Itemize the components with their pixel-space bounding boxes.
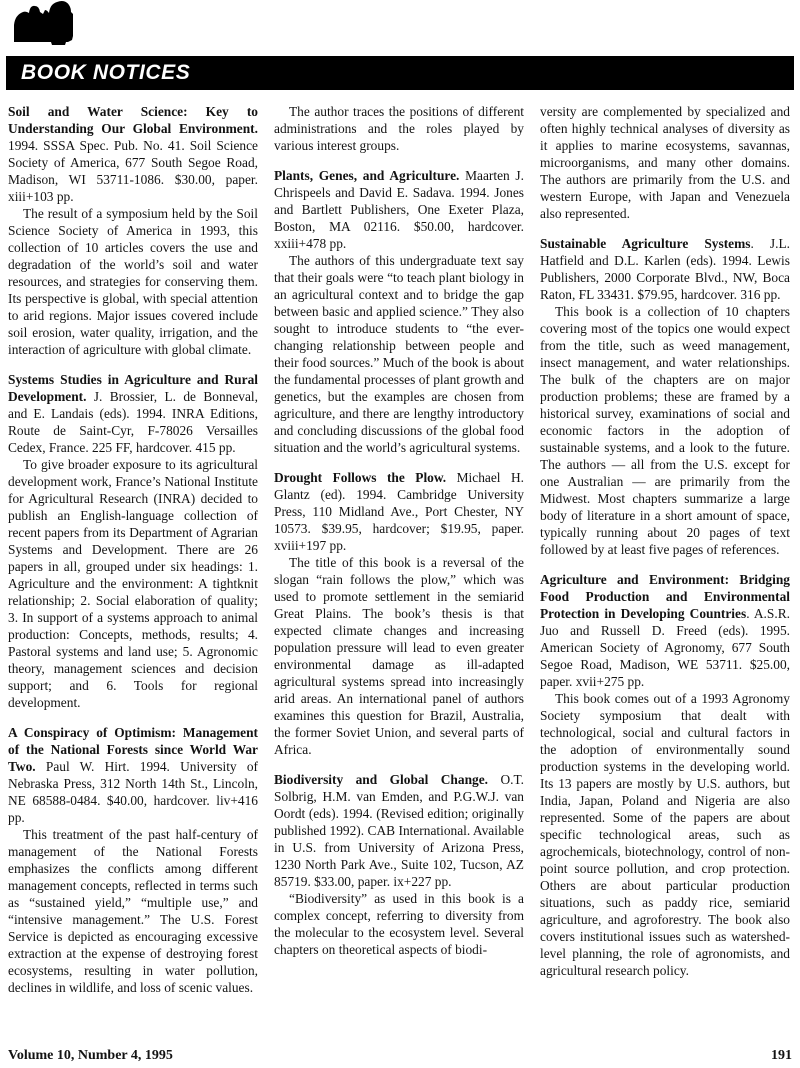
review-paragraph: The authors of this undergraduate text s… <box>274 252 524 456</box>
journal-page: BOOK NOTICES Soil and Water Science: Key… <box>0 0 800 1068</box>
book-title: Drought Follows the Plow. <box>274 470 446 485</box>
review-paragraph: The title of this book is a reversal of … <box>274 554 524 758</box>
citation-details: 1994. SSSA Spec. Pub. No. 41. Soil Scien… <box>8 138 258 204</box>
book-notice: Systems Studies in Agriculture and Rural… <box>8 371 258 456</box>
review-paragraph-continuation: versity are complemented by specialized … <box>540 103 790 222</box>
page-footer: Volume 10, Number 4, 1995 191 <box>8 1048 792 1064</box>
citation-details: Paul W. Hirt. 1994. University of Nebras… <box>8 759 258 825</box>
review-paragraph: The result of a symposium held by the So… <box>8 205 258 358</box>
book-notice: A Conspiracy of Optimism: Management of … <box>8 724 258 826</box>
section-title: BOOK NOTICES <box>21 61 190 85</box>
book-title: Biodiversity and Global Change. <box>274 772 488 787</box>
book-title: Soil and Water Science: Key to Understan… <box>8 104 258 136</box>
book-notice: Sustainable Agriculture Systems. J.L. Ha… <box>540 235 790 303</box>
book-title: Plants, Genes, and Agriculture. <box>274 168 459 183</box>
farm-buildings-logo-icon <box>8 0 80 48</box>
review-paragraph: This book comes out of a 1993 Agronomy S… <box>540 690 790 979</box>
review-paragraph: To give broader exposure to its agricult… <box>8 456 258 711</box>
book-notice: Biodiversity and Global Change. O.T. Sol… <box>274 771 524 890</box>
review-paragraph: This treatment of the past half-century … <box>8 826 258 996</box>
book-notice: Drought Follows the Plow. Michael H. Gla… <box>274 469 524 554</box>
review-paragraph: “Biodiversity” as used in this book is a… <box>274 890 524 958</box>
column-1: Soil and Water Science: Key to Understan… <box>8 103 258 1043</box>
book-notice: Soil and Water Science: Key to Understan… <box>8 103 258 205</box>
column-2: The author traces the positions of diffe… <box>274 103 524 1043</box>
review-paragraph: The author traces the positions of diffe… <box>274 103 524 154</box>
book-title: Sustainable Agriculture Systems <box>540 236 750 251</box>
issue-info: Volume 10, Number 4, 1995 <box>8 1048 173 1064</box>
column-3: versity are complemented by specialized … <box>540 103 790 1043</box>
review-paragraph: This book is a collection of 10 chapters… <box>540 303 790 558</box>
book-notice: Agriculture and Environment: Bridging Fo… <box>540 571 790 690</box>
citation-details: O.T. Solbrig, H.M. van Emden, and P.G.W.… <box>274 772 524 889</box>
section-header-bar: BOOK NOTICES <box>6 56 794 90</box>
page-number: 191 <box>771 1048 792 1064</box>
book-notice: Plants, Genes, and Agriculture. Maarten … <box>274 167 524 252</box>
text-columns: Soil and Water Science: Key to Understan… <box>8 103 792 1043</box>
